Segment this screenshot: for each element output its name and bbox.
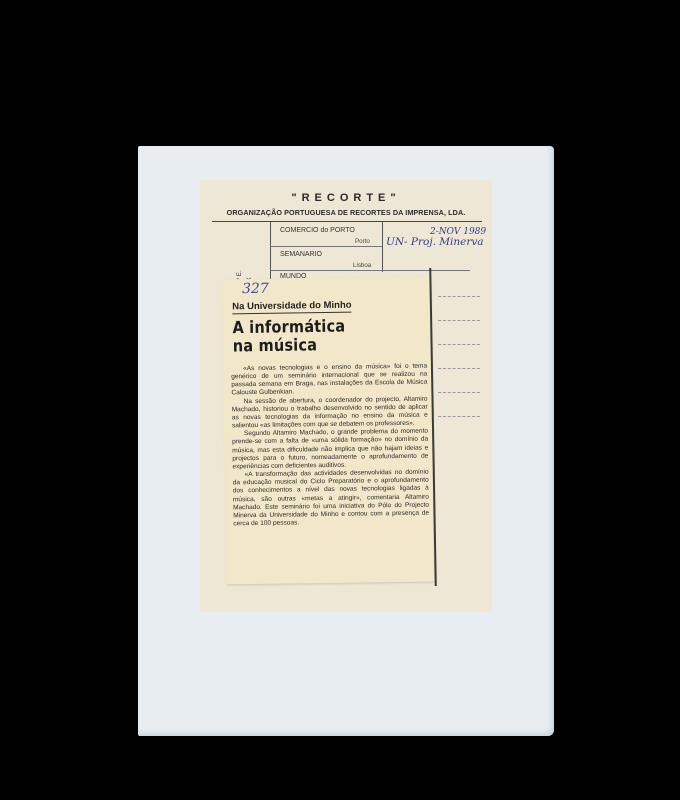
article-headline: A informática na música xyxy=(232,318,345,356)
form-dash-line xyxy=(438,392,480,393)
publication-name: SEMANARIO xyxy=(280,251,322,258)
publication-city: Porto xyxy=(355,238,370,245)
article-paragraph: «As novas tecnologias e o ensino da músi… xyxy=(231,363,427,398)
agency-title: "RECORTE" xyxy=(200,192,492,204)
form-dash-line xyxy=(438,416,480,417)
table-row-divider xyxy=(270,270,470,271)
article-kicker: Na Universidade do Minho xyxy=(232,300,351,315)
article-body: «As novas tecnologias e o ensino da músi… xyxy=(231,363,429,529)
handwritten-clip-number: 327 xyxy=(242,281,269,297)
headline-line: na música xyxy=(233,336,346,356)
agency-organization: ORGANIZAÇÃO PORTUGUESA DE RECORTES DA IM… xyxy=(200,208,492,217)
table-line-left xyxy=(270,222,271,282)
table-row-divider xyxy=(270,246,382,247)
handwritten-reference: UN- Proj. Minerva xyxy=(386,236,484,248)
headline-line: A informática xyxy=(232,318,345,338)
article-paragraph: Na sessão de abertura, o coordenador do … xyxy=(232,395,428,430)
form-dash-line xyxy=(438,368,480,369)
article-paragraph: Segundo Altamiro Machado, o grande probl… xyxy=(232,428,429,472)
form-dash-line xyxy=(438,296,480,297)
form-dash-line xyxy=(438,344,480,345)
form-dash-line xyxy=(438,320,480,321)
header-rule xyxy=(212,221,482,222)
publication-city: Lisboa xyxy=(353,262,371,269)
publication-name: COMERCIO do PORTO xyxy=(280,227,355,234)
newspaper-clipping: 327 Na Universidade do Minho A informáti… xyxy=(222,277,434,585)
table-line-mid xyxy=(382,222,383,272)
article-paragraph: «A transformação das actividades desenvo… xyxy=(233,469,430,529)
